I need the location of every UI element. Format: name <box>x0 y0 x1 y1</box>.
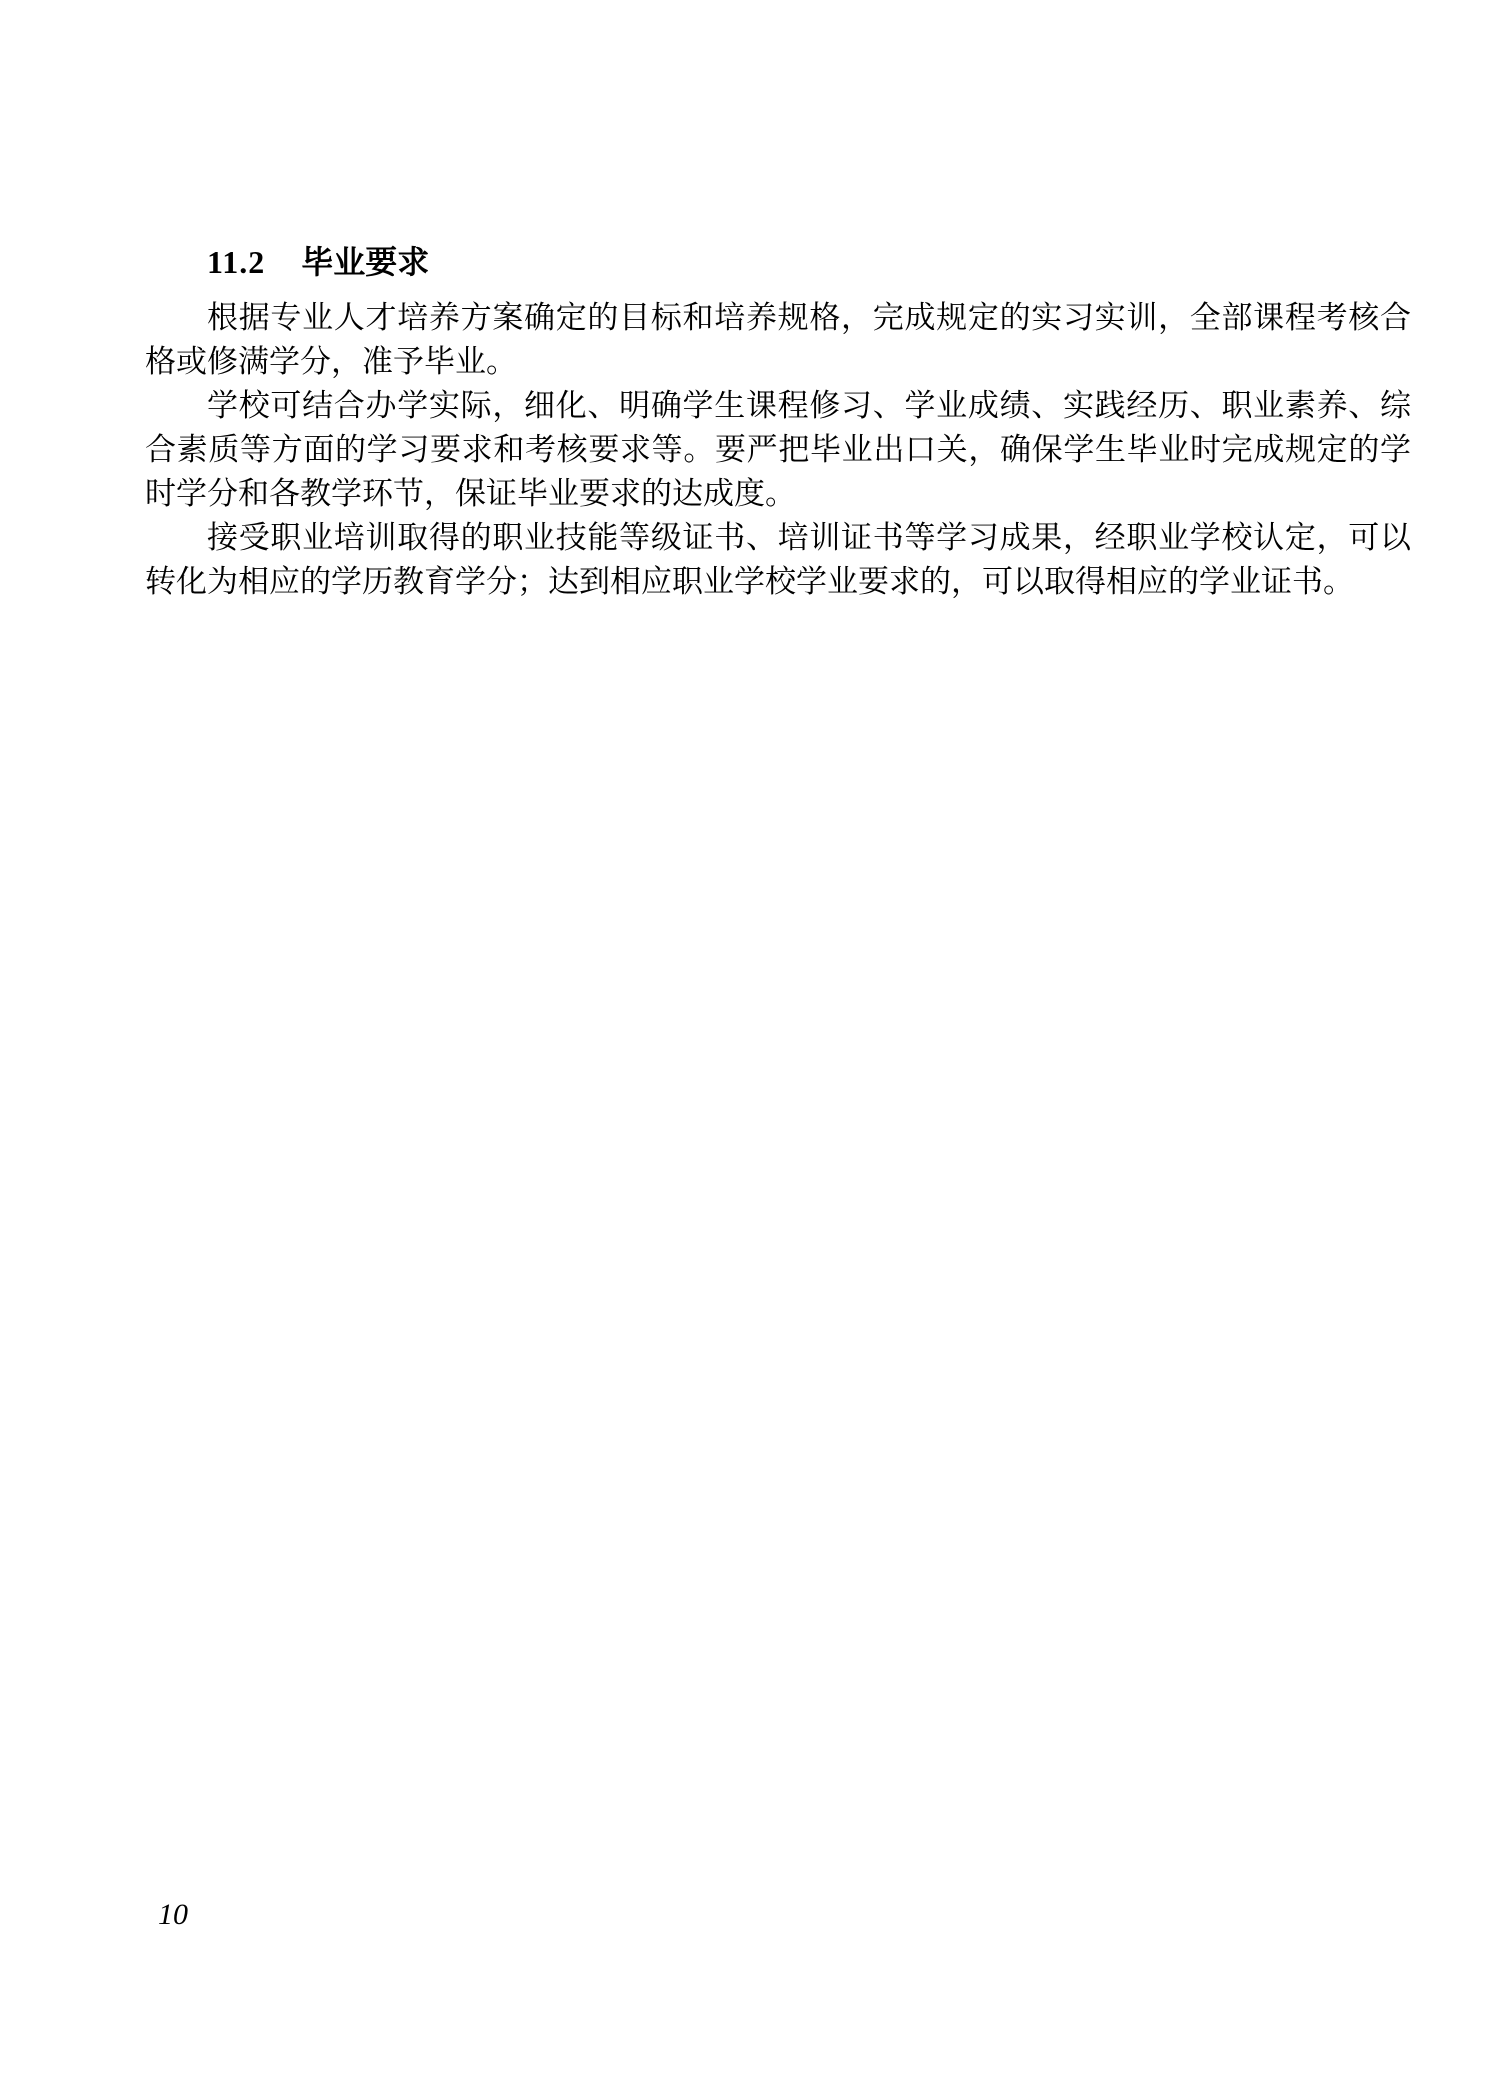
section-heading-number: 11.2 <box>207 240 265 284</box>
section-heading: 11.2 毕业要求 <box>145 240 1411 284</box>
paragraph-school-refinement: 学校可结合办学实际，细化、明确学生课程修习、学业成绩、实践经历、职业素养、综合素… <box>145 384 1411 516</box>
paragraph-vocational-training-credits: 接受职业培训取得的职业技能等级证书、培训证书等学习成果，经职业学校认定，可以转化… <box>145 516 1411 604</box>
document-page: 11.2 毕业要求 根据专业人才培养方案确定的目标和培养规格，完成规定的实习实训… <box>0 0 1503 2094</box>
paragraph-graduation-basic-requirement: 根据专业人才培养方案确定的目标和培养规格，完成规定的实习实训，全部课程考核合格或… <box>145 296 1411 384</box>
section-heading-title: 毕业要求 <box>301 244 429 280</box>
page-number: 10 <box>158 1893 188 1937</box>
page-content: 11.2 毕业要求 根据专业人才培养方案确定的目标和培养规格，完成规定的实习实训… <box>145 240 1411 604</box>
